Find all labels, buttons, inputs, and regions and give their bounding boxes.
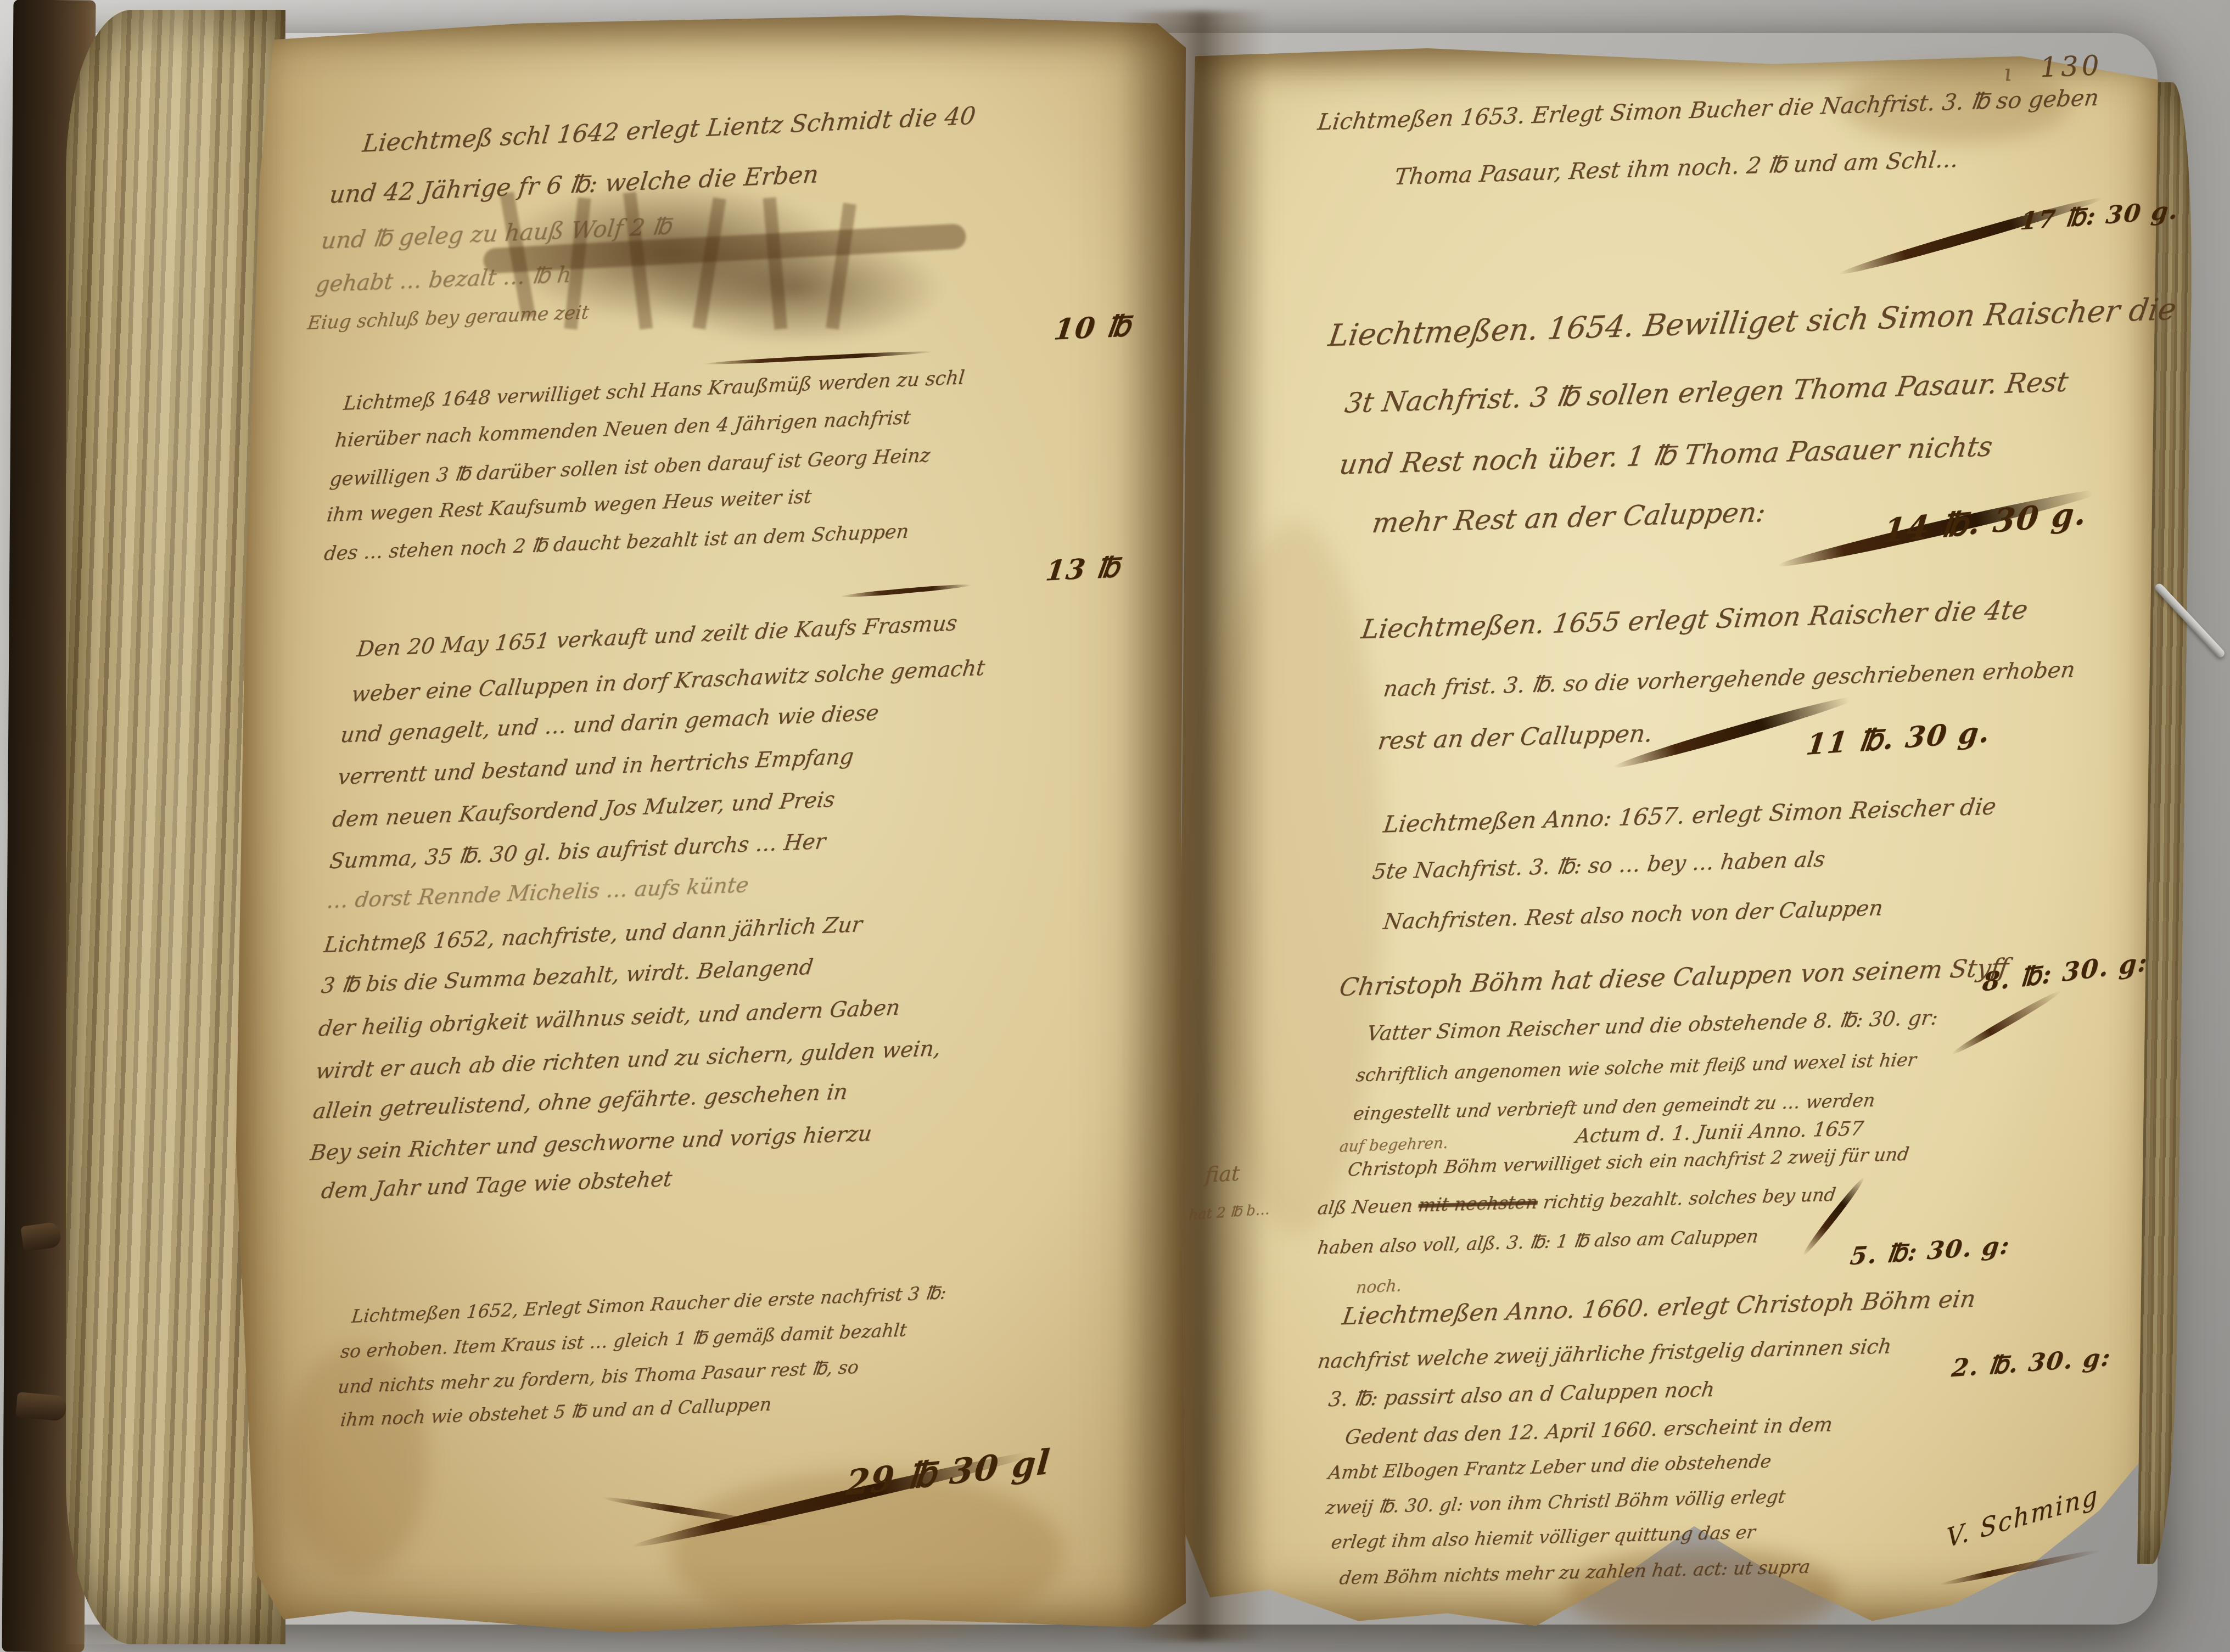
margin-note: fiat: [1204, 1162, 1240, 1185]
leather-strap: [15, 1392, 67, 1421]
struck-text: mit nechsten: [1417, 1192, 1539, 1216]
sum-amount: 13 ℔: [1044, 553, 1122, 585]
stain: [1208, 521, 1383, 1235]
folio-corner-mark: ı: [2003, 61, 2012, 85]
margin-note: auf begehren.: [1339, 1135, 1449, 1154]
line-segment: alß Neuen: [1316, 1194, 1420, 1218]
manuscript-photo: ı 130 Liechtmeß schl 1642 erlegt Lientz …: [0, 0, 2230, 1652]
margin-note: noch.: [1355, 1278, 1403, 1297]
folio-number: 130: [2040, 52, 2103, 81]
sum-amount: 10 ℔: [1052, 312, 1133, 345]
